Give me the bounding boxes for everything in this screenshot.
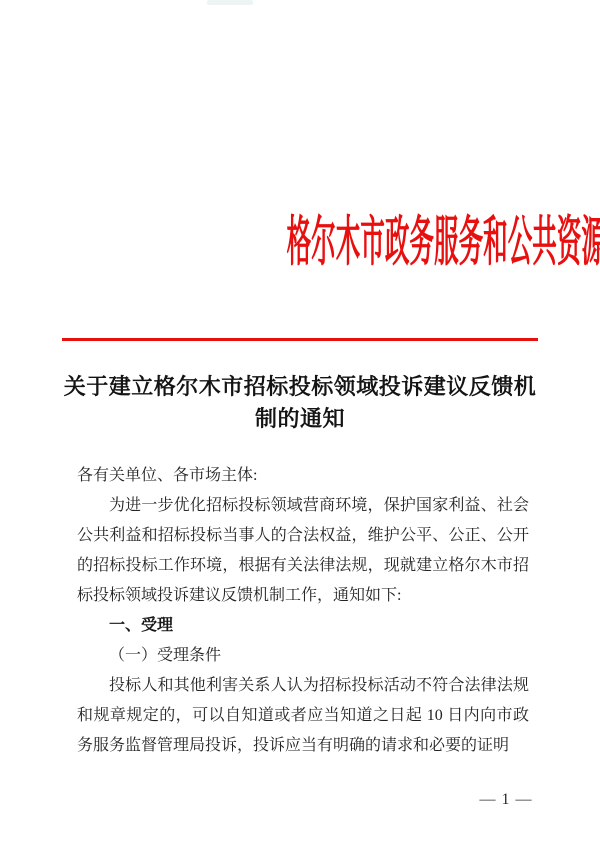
body-paragraph: 为进一步优化招标投标领域营商环境，保护国家利益、社会公共利益和招标投标当事人的合… [77,491,529,611]
document-body: 各有关单位、各市场主体: 为进一步优化招标投标领域营商环境，保护国家利益、社会公… [77,461,529,761]
letterhead: 格尔木市政务服务和公共资源交易中心文件 [7,211,600,271]
paragraph-list: 为进一步优化招标投标领域营商环境，保护国家利益、社会公共利益和招标投标当事人的合… [77,491,529,761]
document-title-line-2: 制的通知 [50,403,550,435]
scan-artifact [207,0,253,5]
letterhead-text: 格尔木市政务服务和公共资源交易中心文件 [287,211,600,271]
salutation: 各有关单位、各市场主体: [77,461,529,491]
page-number: — 1 — [471,791,541,809]
document-title-line-1: 关于建立格尔木市招标投标领域投诉建议反馈机 [50,371,550,403]
section-heading: 一、受理 [77,611,529,641]
document-page: 格尔木市政务服务和公共资源交易中心文件 关于建立格尔木市招标投标领域投诉建议反馈… [0,0,600,851]
body-paragraph: 投标人和其他利害关系人认为招标投标活动不符合法律法规和规章规定的，可以自知道或者… [77,671,529,761]
red-divider-line [62,338,538,341]
subsection-heading: （一）受理条件 [77,641,529,671]
document-title: 关于建立格尔木市招标投标领域投诉建议反馈机 制的通知 [50,371,550,435]
